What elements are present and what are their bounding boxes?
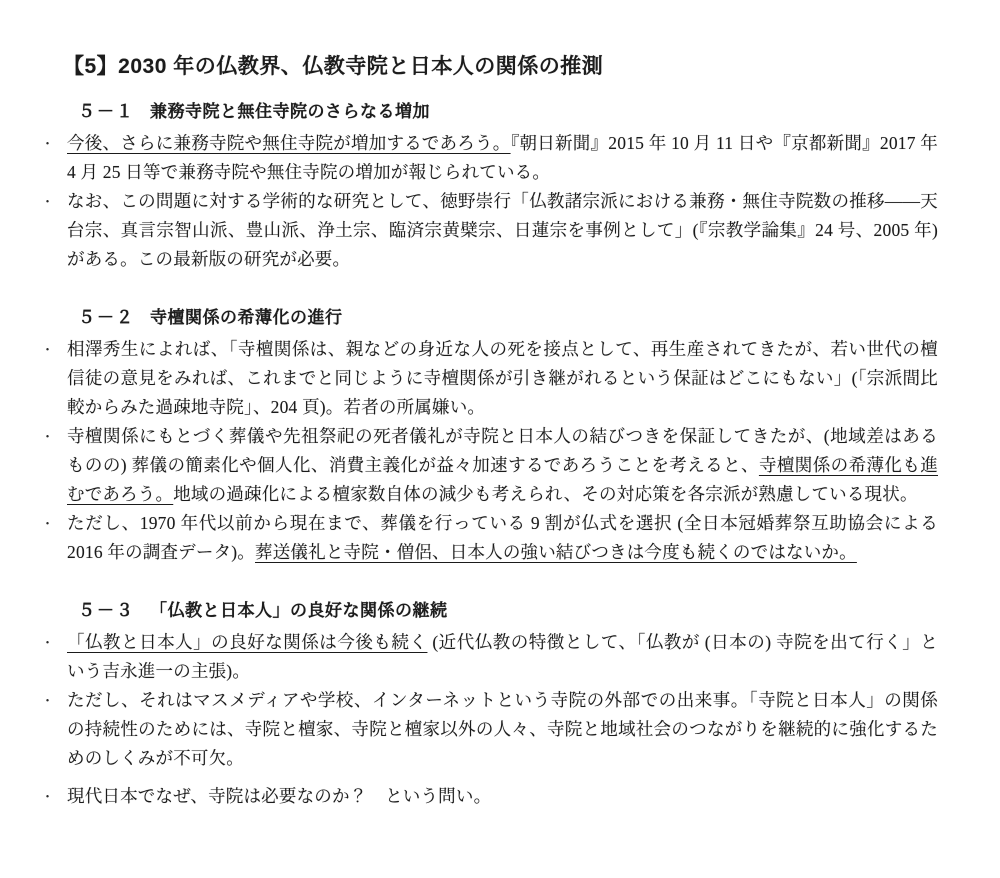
text-run: 現代日本でなぜ、寺院は必要なのか？ という問い。 — [67, 786, 491, 806]
bullet-icon: ・ — [38, 129, 67, 158]
section-5-1-heading: ５－１兼務寺院と無住寺院のさらなる増加 — [78, 99, 938, 124]
document-title: 【5】2030 年の仏教界、仏教寺院と日本人の関係の推測 — [63, 52, 938, 82]
underlined-text-run: 今後、さらに兼務寺院や無住寺院が増加するであろう。 — [67, 133, 511, 153]
list-item: ・ 「仏教と日本人」の良好な関係は今後も続く (近代仏教の特徴として、「仏教が … — [38, 628, 938, 686]
section-5-2-title: 寺檀関係の希薄化の進行 — [150, 308, 343, 327]
bullet-text: 現代日本でなぜ、寺院は必要なのか？ という問い。 — [67, 782, 938, 811]
bullet-text: 相澤秀生によれば、「寺檀関係は、親などの身近な人の死を接点として、再生産されてき… — [67, 335, 938, 422]
section-5-3-heading: ５－３「仏教と日本人」の良好な関係の継続 — [78, 598, 938, 623]
bullet-text: 寺檀関係にもとづく葬儀や先祖祭祀の死者儀礼が寺院と日本人の結びつきを保証してきた… — [67, 422, 938, 509]
section-5-3-title: 「仏教と日本人」の良好な関係の継続 — [150, 601, 448, 620]
text-run: 地域の過疎化による檀家数自体の減少も考えられ、その対応策を各宗派が熟慮している現… — [173, 484, 917, 504]
bullet-text: 「仏教と日本人」の良好な関係は今後も続く (近代仏教の特徴として、「仏教が (日… — [67, 628, 938, 686]
text-run: 相澤秀生によれば、「寺檀関係は、親などの身近な人の死を接点として、再生産されてき… — [67, 339, 938, 417]
section-5-2: ５－２寺檀関係の希薄化の進行 ・ 相澤秀生によれば、「寺檀関係は、親などの身近な… — [38, 305, 938, 567]
section-5-2-number: ５－２ — [78, 308, 135, 327]
section-5-3-number: ５－３ — [78, 601, 135, 620]
section-5-1-number: ５－１ — [78, 102, 135, 121]
list-item: ・ 寺檀関係にもとづく葬儀や先祖祭祀の死者儀礼が寺院と日本人の結びつきを保証して… — [38, 422, 938, 509]
bullet-text: なお、この問題に対する学術的な研究として、徳野崇行「仏教諸宗派における兼務・無住… — [67, 187, 938, 274]
bullet-text: 今後、さらに兼務寺院や無住寺院が増加するであろう。『朝日新聞』2015 年 10… — [67, 129, 938, 187]
bullet-icon: ・ — [38, 335, 67, 364]
bullet-icon: ・ — [38, 628, 67, 657]
section-5-1: ５－１兼務寺院と無住寺院のさらなる増加 ・ 今後、さらに兼務寺院や無住寺院が増加… — [38, 99, 938, 274]
underlined-text-run: 「仏教と日本人」の良好な関係は今後も続く — [67, 632, 427, 652]
section-5-2-heading: ５－２寺檀関係の希薄化の進行 — [78, 305, 938, 330]
text-run: なお、この問題に対する学術的な研究として、徳野崇行「仏教諸宗派における兼務・無住… — [67, 191, 938, 269]
list-item: ・ 今後、さらに兼務寺院や無住寺院が増加するであろう。『朝日新聞』2015 年 … — [38, 129, 938, 187]
bullet-icon: ・ — [38, 509, 67, 538]
list-item: ・ 現代日本でなぜ、寺院は必要なのか？ という問い。 — [38, 782, 938, 811]
section-5-1-title: 兼務寺院と無住寺院のさらなる増加 — [150, 102, 430, 121]
bullet-icon: ・ — [38, 422, 67, 451]
section-5-3: ５－３「仏教と日本人」の良好な関係の継続 ・ 「仏教と日本人」の良好な関係は今後… — [38, 598, 938, 811]
bullet-text: ただし、それはマスメディアや学校、インターネットという寺院の外部での出来事。「寺… — [67, 686, 938, 773]
bullet-icon: ・ — [38, 686, 67, 715]
underlined-text-run: 葬送儀礼と寺院・僧侶、日本人の強い結びつきは今度も続くのではないか。 — [255, 542, 857, 562]
list-item: ・ 相澤秀生によれば、「寺檀関係は、親などの身近な人の死を接点として、再生産され… — [38, 335, 938, 422]
list-item: ・ ただし、それはマスメディアや学校、インターネットという寺院の外部での出来事。… — [38, 686, 938, 773]
list-item: ・ ただし、1970 年代以前から現在まで、葬儀を行っている 9 割が仏式を選択… — [38, 509, 938, 567]
document-page: 【5】2030 年の仏教界、仏教寺院と日本人の関係の推測 ５－１兼務寺院と無住寺… — [0, 0, 1000, 878]
text-run: ただし、それはマスメディアや学校、インターネットという寺院の外部での出来事。「寺… — [67, 690, 938, 768]
bullet-icon: ・ — [38, 187, 67, 216]
bullet-text: ただし、1970 年代以前から現在まで、葬儀を行っている 9 割が仏式を選択 (… — [67, 509, 938, 567]
bullet-icon: ・ — [38, 782, 67, 811]
list-item: ・ なお、この問題に対する学術的な研究として、徳野崇行「仏教諸宗派における兼務・… — [38, 187, 938, 274]
